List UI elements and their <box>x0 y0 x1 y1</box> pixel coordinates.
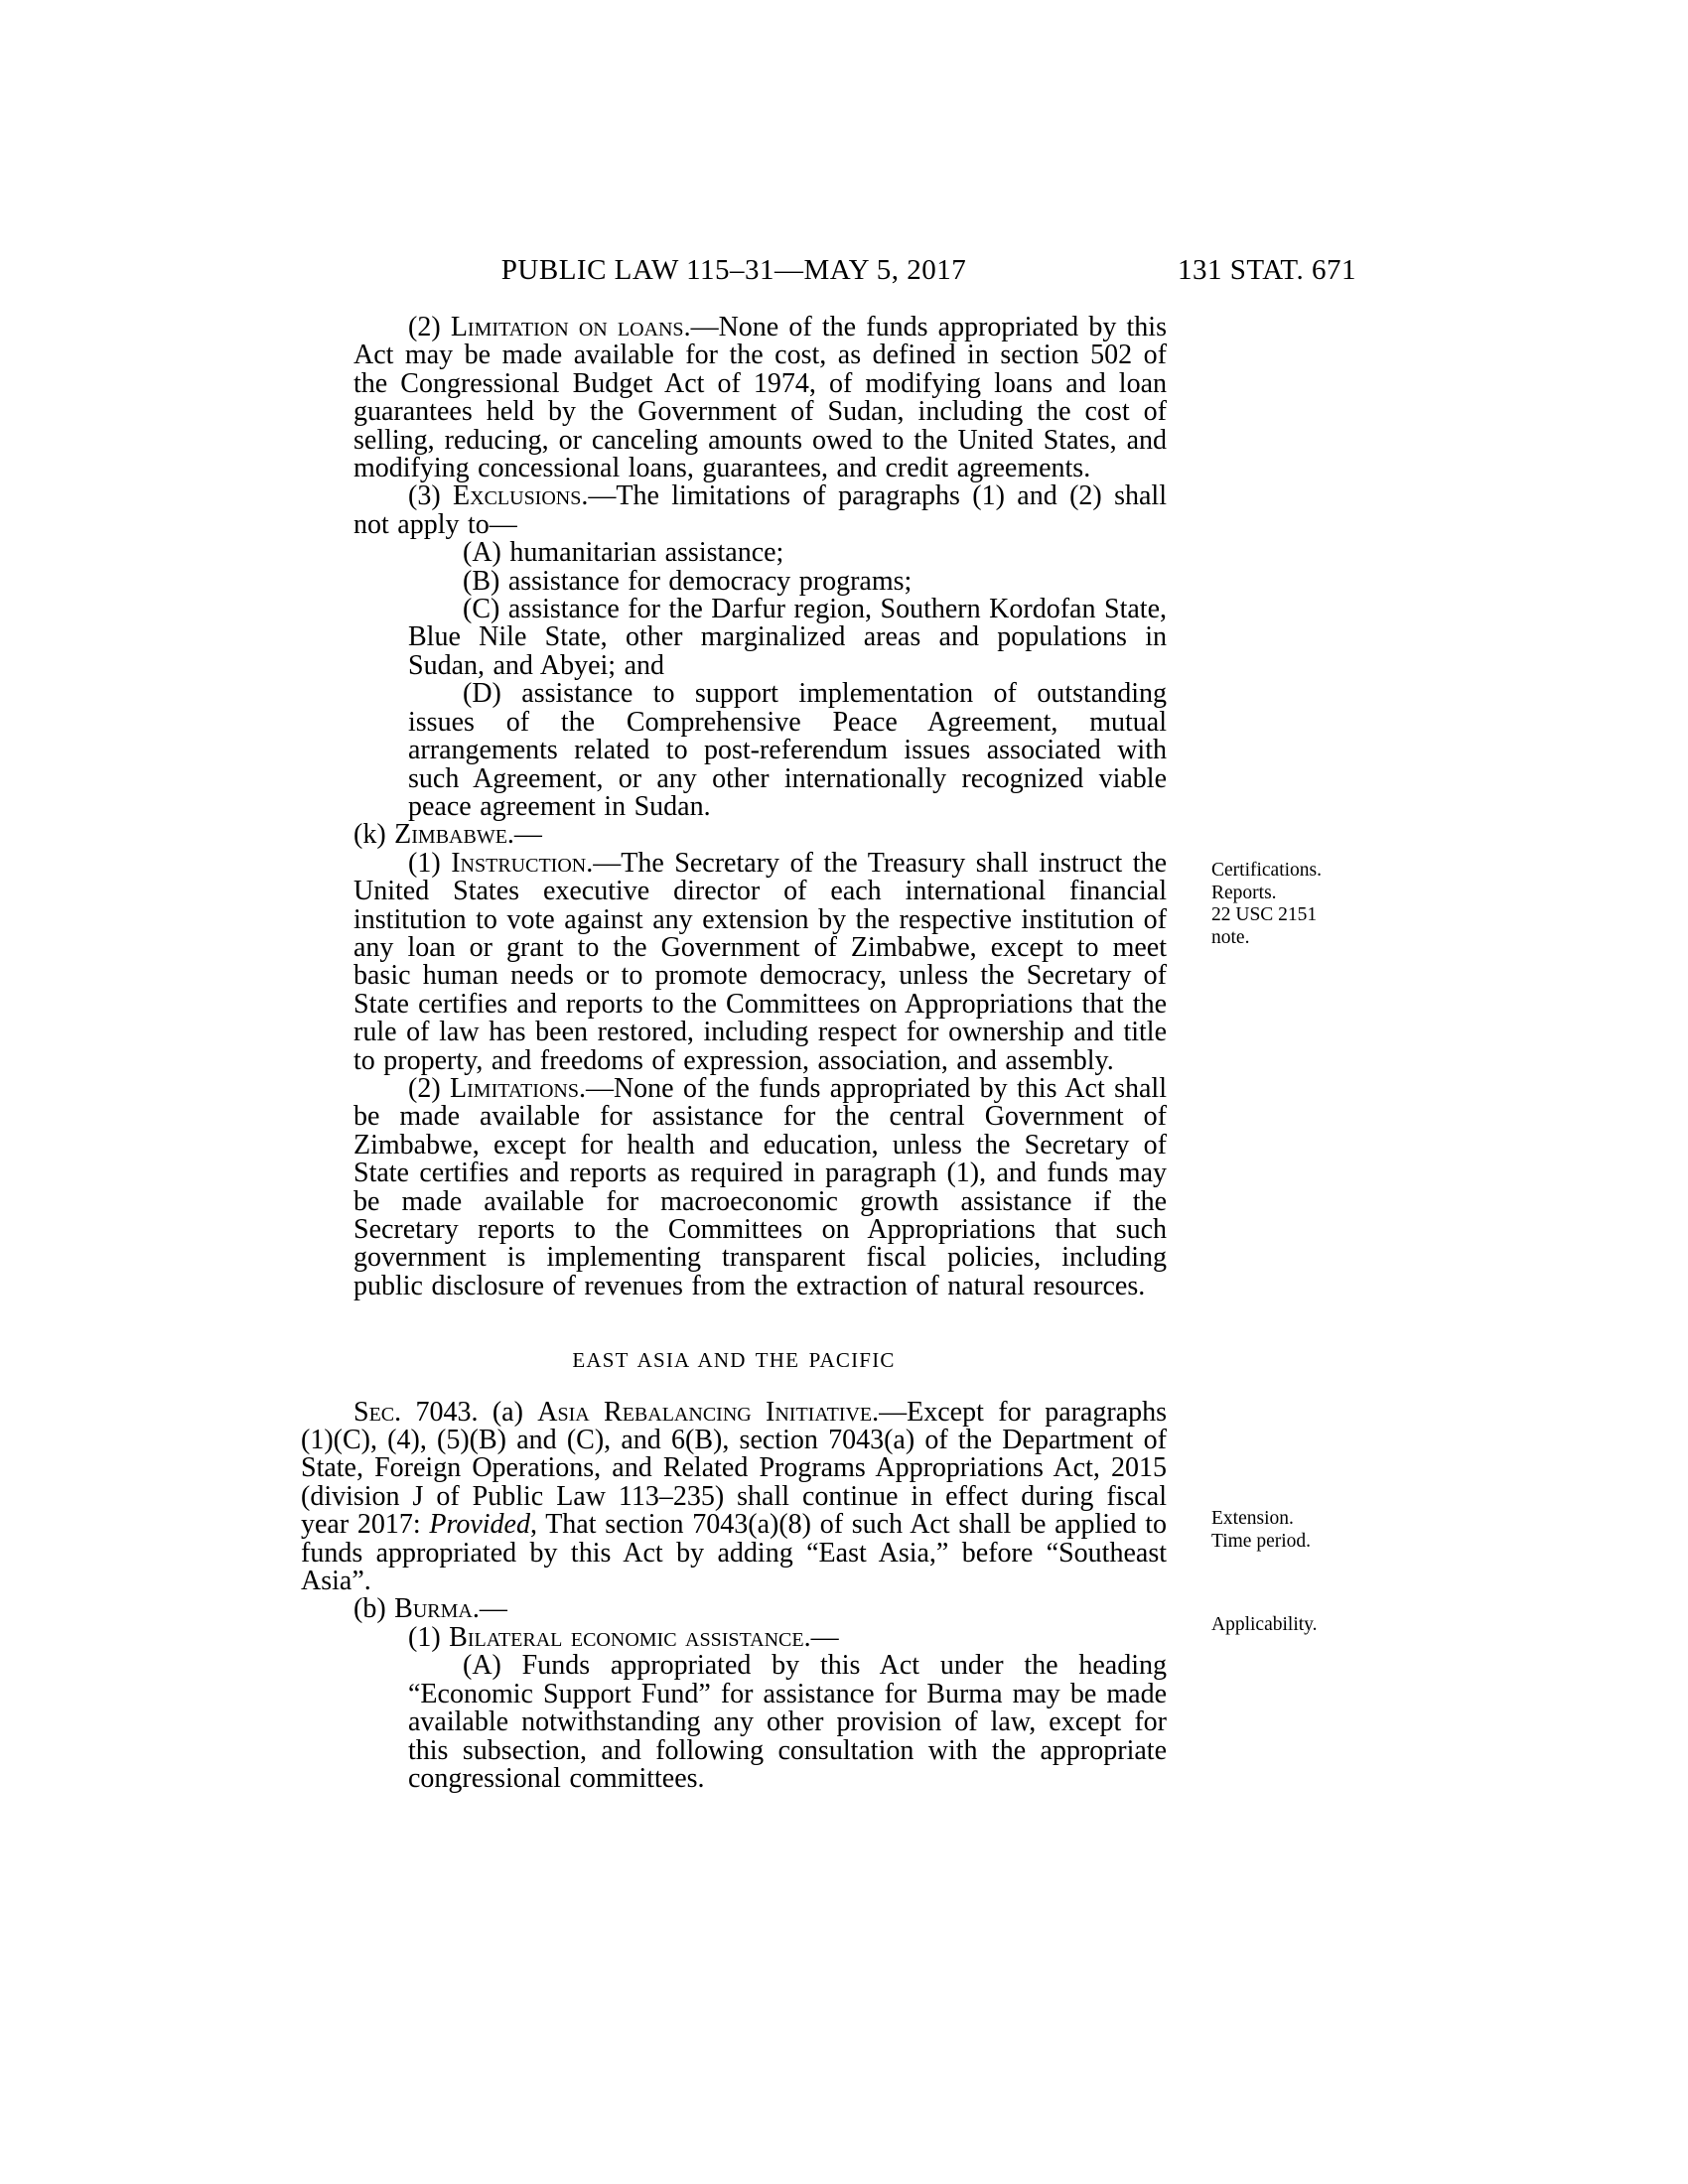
text-segment: .— <box>473 1593 507 1624</box>
text-segment: (D) assistance to support implementation… <box>408 678 1167 822</box>
text-segment: .— <box>804 1622 839 1653</box>
text-segment: (B) assistance for democracy programs; <box>463 566 912 597</box>
document-blocks: (2) Limitation on loans.—None of the fun… <box>301 314 1167 1793</box>
clause-a-economic-support-fund: (A) Funds appropriated by this Act under… <box>408 1652 1167 1793</box>
text-segment: (3) <box>408 480 453 511</box>
margin-note-line: 22 USC 2151 <box>1211 904 1395 927</box>
margin-note-line: note. <box>1211 927 1395 950</box>
margin-note-line: Reports. <box>1211 883 1395 905</box>
text-segment: EAST ASIA AND THE PACIFIC <box>572 1348 895 1372</box>
text-segment: (2) <box>408 1073 450 1104</box>
text-segment: (1) <box>408 1622 449 1653</box>
para-2-limitations: (2) Limitations.—None of the funds appro… <box>353 1075 1167 1300</box>
para-1-bilateral-economic-assistance: (1) Bilateral economic assistance.— <box>353 1624 1167 1652</box>
margin-note-line: Applicability. <box>1211 1614 1395 1637</box>
heading-east-asia-and-the-pacific: EAST ASIA AND THE PACIFIC <box>301 1346 1167 1374</box>
text-segment: (C) assistance for the Darfur region, So… <box>408 594 1167 681</box>
clause-d-peace-agreement: (D) assistance to support implementation… <box>408 680 1167 821</box>
text-segment: (A) humanitarian assistance; <box>463 537 783 568</box>
text-segment: Sec <box>353 1397 394 1428</box>
subsection-k-zimbabwe: (k) Zimbabwe.— <box>353 821 1167 849</box>
text-segment: . 7043. (a) <box>394 1397 537 1428</box>
text-segment: (A) Funds appropriated by this Act under… <box>408 1650 1167 1794</box>
law-title: PUBLIC LAW 115–31—MAY 5, 2017 <box>301 254 1167 287</box>
text-segment: .—None of the funds appropriated by this… <box>353 1073 1167 1301</box>
margin-note-line: Certifications. <box>1211 860 1395 883</box>
margin-note-certifications: Certifications.Reports.22 USC 2151note. <box>1211 860 1395 949</box>
text-segment: Provided <box>429 1509 530 1540</box>
text-segment: Limitations <box>450 1073 579 1104</box>
text-segment: (b) <box>353 1593 394 1624</box>
sec-7043-asia-rebalancing: Sec. 7043. (a) Asia Rebalancing Initiati… <box>301 1399 1167 1596</box>
text-segment: .—The Secretary of the Treasury shall in… <box>353 848 1167 1076</box>
margin-note-line: Time period. <box>1211 1531 1395 1554</box>
running-head: PUBLIC LAW 115–31—MAY 5, 2017 131 STAT. … <box>301 254 1356 288</box>
stat-page-number: 131 STAT. 671 <box>1178 254 1356 287</box>
clause-c-darfur: (C) assistance for the Darfur region, So… <box>408 596 1167 680</box>
para-2-limitation-on-loans: (2) Limitation on loans.—None of the fun… <box>353 314 1167 482</box>
para-3-exclusions: (3) Exclusions.—The limitations of parag… <box>353 482 1167 539</box>
text-segment: (k) <box>353 819 394 850</box>
text-segment: Exclusions <box>453 480 581 511</box>
text-segment: (2) <box>408 312 451 342</box>
text-segment: Asia Rebalancing Initiative <box>537 1397 872 1428</box>
text-segment: Bilateral economic assistance <box>449 1622 803 1653</box>
clause-a-humanitarian: (A) humanitarian assistance; <box>408 539 1167 567</box>
text-segment: .— <box>507 819 542 850</box>
clause-b-democracy: (B) assistance for democracy programs; <box>408 568 1167 596</box>
subsection-b-burma: (b) Burma.— <box>353 1595 1167 1623</box>
text-segment: Zimbabwe <box>394 819 507 850</box>
text-segment: (1) <box>408 848 451 879</box>
margin-note-applicability: Applicability. <box>1211 1614 1395 1637</box>
text-segment: Burma <box>394 1593 473 1624</box>
text-segment: Instruction <box>451 848 586 879</box>
statute-page: PUBLIC LAW 115–31—MAY 5, 2017 131 STAT. … <box>0 0 1688 2184</box>
margin-note-extension: Extension.Time period. <box>1211 1508 1395 1553</box>
text-segment: Limitation on loans <box>451 312 684 342</box>
para-1-instruction: (1) Instruction.—The Secretary of the Tr… <box>353 850 1167 1075</box>
margin-note-line: Extension. <box>1211 1508 1395 1531</box>
